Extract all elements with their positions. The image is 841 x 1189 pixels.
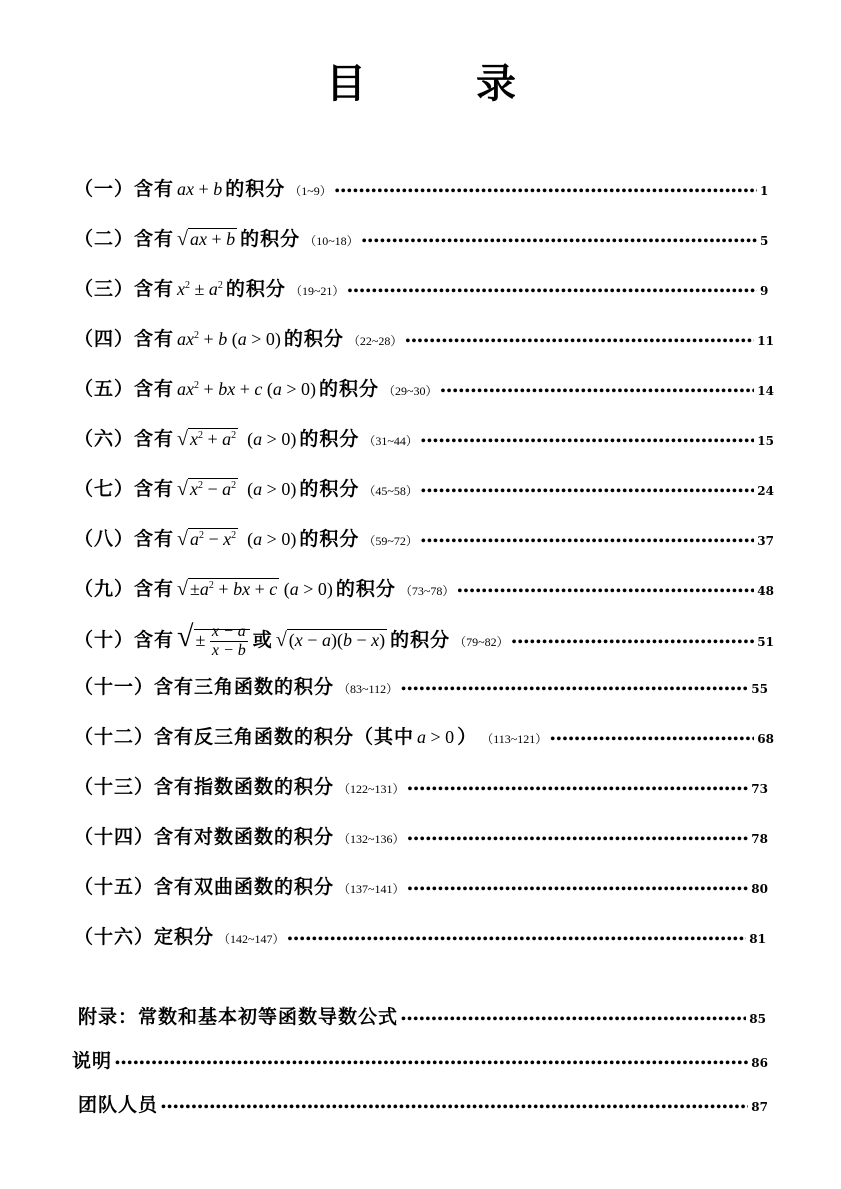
page-number: 85 <box>749 1012 766 1026</box>
toc-entry[interactable]: （十三） 含有指数函数的积分 （122~131） 73 <box>74 772 768 799</box>
entry-number: （十二） <box>74 722 154 749</box>
entry-text: 含有 <box>134 324 174 351</box>
page-number: 81 <box>749 932 766 946</box>
leader-dots <box>421 534 754 550</box>
entry-text: 含有 <box>134 174 174 201</box>
entry-math: √ax + b <box>174 228 240 251</box>
entry-math: √x2 + a2 (a > 0) <box>174 428 299 451</box>
entry-number: （一） <box>74 174 134 201</box>
entry-text-suffix: 的积分 <box>390 625 450 652</box>
toc-entry[interactable]: （八） 含有 √a2 − x2 (a > 0) 的积分 （59~72） 37 <box>74 524 774 551</box>
entry-number: （六） <box>74 424 134 451</box>
toc-entry[interactable]: （九） 含有 √±a2 + bx + c (a > 0) 的积分 （73~78）… <box>74 574 774 601</box>
page-number: 80 <box>751 882 768 896</box>
page-number: 1 <box>760 184 774 198</box>
toc-team-entry[interactable]: 团队人员 87 <box>78 1090 768 1117</box>
toc-entry[interactable]: （十四） 含有对数函数的积分 （132~136） 78 <box>74 822 768 849</box>
explanation-label: 说明 <box>72 1046 112 1073</box>
entry-text-suffix: 的积分 <box>240 224 300 251</box>
leader-dots <box>408 832 749 848</box>
entry-text: 含有三角函数的积分 <box>154 672 334 699</box>
leader-dots <box>421 434 754 450</box>
entry-text-suffix: 的积分 <box>284 324 344 351</box>
leader-dots <box>405 334 754 350</box>
entry-text-suffix: 的积分 <box>299 424 359 451</box>
title-char-1: 目 <box>326 52 366 109</box>
entry-range: （83~112） <box>338 680 398 697</box>
toc-entry[interactable]: （三） 含有 x2 ± a2 的积分 （19~21） 9 <box>74 274 774 301</box>
toc-entry[interactable]: （一） 含有 ax + b 的积分 （1~9） 1 <box>74 174 774 201</box>
toc-appendix-entry[interactable]: 附录：常数和基本初等函数导数公式 85 <box>78 1002 766 1029</box>
leader-dots <box>362 234 757 250</box>
entry-range: （137~141） <box>338 880 405 897</box>
entry-range: （1~9） <box>289 182 332 199</box>
toc-entry[interactable]: （十二） 含有反三角函数的积分（其中 a > 0 ） （113~121） 68 <box>74 722 774 749</box>
leader-dots <box>401 682 748 698</box>
entry-number: （八） <box>74 524 134 551</box>
page-number: 5 <box>760 234 774 248</box>
leader-dots <box>161 1100 748 1116</box>
entry-number: （十一） <box>74 672 154 699</box>
entry-text: 含有 <box>134 424 174 451</box>
entry-math: ax2 + bx + c (a > 0) <box>174 379 319 400</box>
entry-text: 含有指数函数的积分 <box>154 772 334 799</box>
page-number: 9 <box>760 284 774 298</box>
entry-text: 含有 <box>134 224 174 251</box>
entry-text: 含有 <box>134 574 174 601</box>
toc-entry[interactable]: （五） 含有 ax2 + bx + c (a > 0) 的积分 （29~30） … <box>74 374 774 401</box>
toc-entry[interactable]: （十） 含有 √± x − ax − b 或 √(x − a)(b − x) 的… <box>74 620 774 660</box>
entry-text: 定积分 <box>154 922 214 949</box>
entry-range: （10~18） <box>304 232 359 249</box>
entry-math: √± x − ax − b <box>174 620 253 660</box>
leader-dots <box>335 184 757 200</box>
leader-dots <box>512 635 755 651</box>
page-number: 86 <box>751 1056 768 1070</box>
toc-entry[interactable]: （四） 含有 ax2 + b (a > 0) 的积分 （22~28） 11 <box>74 324 774 351</box>
entry-number: （五） <box>74 374 134 401</box>
toc-entry[interactable]: （十五） 含有双曲函数的积分 （137~141） 80 <box>74 872 768 899</box>
page-number: 73 <box>751 782 768 796</box>
entry-math-alt: √(x − a)(b − x) <box>273 629 390 652</box>
entry-range: （19~21） <box>290 282 345 299</box>
entry-text-suffix: 的积分 <box>336 574 396 601</box>
leader-dots <box>441 384 755 400</box>
leader-dots <box>115 1056 748 1072</box>
entry-text: 含有 <box>134 374 174 401</box>
toc-entry[interactable]: （六） 含有 √x2 + a2 (a > 0) 的积分 （31~44） 15 <box>74 424 774 451</box>
entry-text: 含有 <box>134 625 174 652</box>
entry-text: 含有 <box>134 274 174 301</box>
entry-number: （十五） <box>74 872 154 899</box>
entry-range: （142~147） <box>218 930 285 947</box>
entry-range: （113~121） <box>481 730 547 747</box>
entry-text: 含有反三角函数的积分（其中 <box>154 722 414 749</box>
leader-dots <box>408 882 749 898</box>
page-number: 68 <box>757 732 774 746</box>
entry-math: a > 0 <box>414 727 457 748</box>
or-text: 或 <box>253 625 273 652</box>
title-char-2: 录 <box>476 52 516 109</box>
entry-math: √x2 − a2 (a > 0) <box>174 478 299 501</box>
entry-text-suffix: 的积分 <box>225 174 285 201</box>
entry-text-suffix: 的积分 <box>299 474 359 501</box>
entry-number: （三） <box>74 274 134 301</box>
entry-math: ax + b <box>174 179 225 200</box>
page-number: 48 <box>757 584 774 598</box>
entry-number: （九） <box>74 574 134 601</box>
entry-math: √a2 − x2 (a > 0) <box>174 528 299 551</box>
entry-text: 含有双曲函数的积分 <box>154 872 334 899</box>
entry-range: （59~72） <box>363 532 418 549</box>
leader-dots <box>288 932 747 948</box>
leader-dots <box>347 284 757 300</box>
toc-entry[interactable]: （七） 含有 √x2 − a2 (a > 0) 的积分 （45~58） 24 <box>74 474 774 501</box>
entry-number: （七） <box>74 474 134 501</box>
entry-number: （十） <box>74 625 134 652</box>
entry-text: 含有对数函数的积分 <box>154 822 334 849</box>
entry-range: （31~44） <box>363 432 418 449</box>
leader-dots <box>457 584 754 600</box>
page-number: 55 <box>751 682 768 696</box>
appendix-label: 附录：常数和基本初等函数导数公式 <box>78 1002 398 1029</box>
page-number: 15 <box>757 434 774 448</box>
page-number: 14 <box>757 384 774 398</box>
leader-dots <box>401 1012 746 1028</box>
toc-explanation-entry[interactable]: 说明 86 <box>72 1046 768 1073</box>
toc-entry[interactable]: （十一） 含有三角函数的积分 （83~112） 55 <box>74 672 768 699</box>
entry-number: （十三） <box>74 772 154 799</box>
entry-number: （十六） <box>74 922 154 949</box>
entry-math: x2 ± a2 <box>174 279 226 300</box>
page-number: 37 <box>757 534 774 548</box>
entry-math: ax2 + b (a > 0) <box>174 329 284 350</box>
toc-entry[interactable]: （十六） 定积分 （142~147） 81 <box>74 922 766 949</box>
entry-number: （四） <box>74 324 134 351</box>
entry-number: （十四） <box>74 822 154 849</box>
entry-range: （45~58） <box>363 482 418 499</box>
leader-dots <box>550 732 754 748</box>
leader-dots <box>421 484 754 500</box>
entry-text-suffix: 的积分 <box>299 524 359 551</box>
entry-text: 含有 <box>134 524 174 551</box>
team-label: 团队人员 <box>78 1090 158 1117</box>
page-number: 11 <box>757 334 774 348</box>
page-number: 51 <box>757 635 774 649</box>
page-number: 87 <box>751 1100 768 1114</box>
page-number: 24 <box>757 484 774 498</box>
page-number: 78 <box>751 832 768 846</box>
entry-text-suffix: ） <box>457 722 477 749</box>
toc-entry[interactable]: （二） 含有 √ax + b 的积分 （10~18） 5 <box>74 224 774 251</box>
entry-range: （132~136） <box>338 830 405 847</box>
entry-text-suffix: 的积分 <box>319 374 379 401</box>
entry-range: （122~131） <box>338 780 405 797</box>
entry-range: （73~78） <box>400 582 455 599</box>
leader-dots <box>408 782 749 798</box>
entry-range: （22~28） <box>348 332 403 349</box>
entry-number: （二） <box>74 224 134 251</box>
entry-text: 含有 <box>134 474 174 501</box>
entry-math: √±a2 + bx + c (a > 0) <box>174 578 336 601</box>
entry-range: （29~30） <box>383 382 438 399</box>
entry-range: （79~82） <box>454 633 509 650</box>
entry-text-suffix: 的积分 <box>226 274 286 301</box>
